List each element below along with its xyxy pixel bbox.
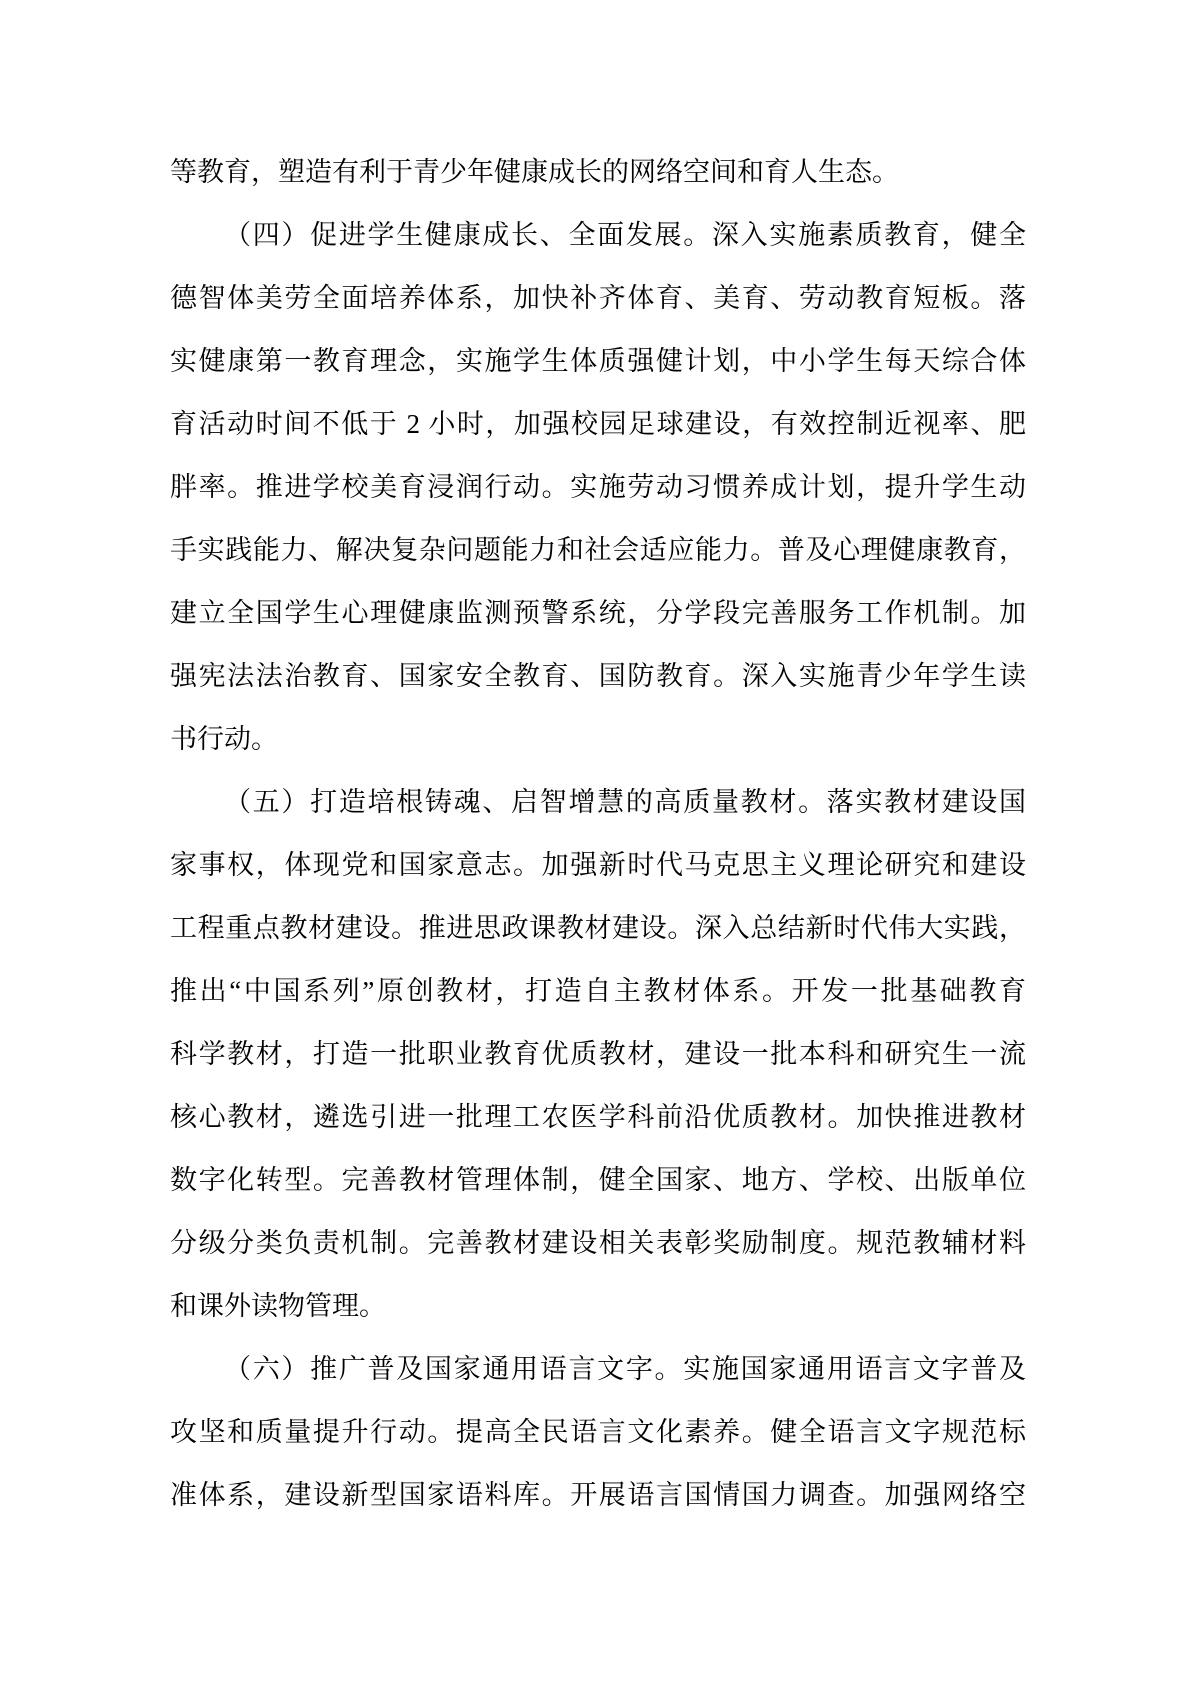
text-line: （四）促进学生健康成长、全面发展。深入实施素质教育，健全 <box>170 204 1026 267</box>
text-line: 准体系，建设新型国家语料库。开展语言国情国力调查。加强网络空 <box>170 1464 1026 1527</box>
text-line: 书行动。 <box>170 708 1026 771</box>
text-line: 胖率。推进学校美育浸润行动。实施劳动习惯养成计划，提升学生动 <box>170 456 1026 519</box>
document-page: 等教育，塑造有利于青少年健康成长的网络空间和育人生态。（四）促进学生健康成长、全… <box>0 0 1191 1684</box>
document-text-block: 等教育，塑造有利于青少年健康成长的网络空间和育人生态。（四）促进学生健康成长、全… <box>170 141 1026 1527</box>
text-line: 分级分类负责机制。完善教材建设相关表彰奖励制度。规范教辅材料 <box>170 1212 1026 1275</box>
text-line: 和课外读物管理。 <box>170 1275 1026 1338</box>
text-line: 核心教材，遴选引进一批理工农医学科前沿优质教材。加快推进教材 <box>170 1086 1026 1149</box>
text-line: 育活动时间不低于 2 小时，加强校园足球建设，有效控制近视率、肥 <box>170 393 1026 456</box>
text-line: 推出“中国系列”原创教材，打造自主教材体系。开发一批基础教育 <box>170 960 1026 1023</box>
text-line: 德智体美劳全面培养体系，加快补齐体育、美育、劳动教育短板。落 <box>170 267 1026 330</box>
text-line: 建立全国学生心理健康监测预警系统，分学段完善服务工作机制。加 <box>170 582 1026 645</box>
text-line: （六）推广普及国家通用语言文字。实施国家通用语言文字普及 <box>170 1338 1026 1401</box>
text-line: 强宪法法治教育、国家安全教育、国防教育。深入实施青少年学生读 <box>170 645 1026 708</box>
text-line: 工程重点教材建设。推进思政课教材建设。深入总结新时代伟大实践， <box>170 897 1026 960</box>
text-line: 手实践能力、解决复杂问题能力和社会适应能力。普及心理健康教育， <box>170 519 1026 582</box>
text-line: 实健康第一教育理念，实施学生体质强健计划，中小学生每天综合体 <box>170 330 1026 393</box>
text-line: 家事权，体现党和国家意志。加强新时代马克思主义理论研究和建设 <box>170 834 1026 897</box>
text-line: 等教育，塑造有利于青少年健康成长的网络空间和育人生态。 <box>170 141 1026 204</box>
text-line: 科学教材，打造一批职业教育优质教材，建设一批本科和研究生一流 <box>170 1023 1026 1086</box>
text-line: 数字化转型。完善教材管理体制，健全国家、地方、学校、出版单位 <box>170 1149 1026 1212</box>
text-line: （五）打造培根铸魂、启智增慧的高质量教材。落实教材建设国 <box>170 771 1026 834</box>
text-line: 攻坚和质量提升行动。提高全民语言文化素养。健全语言文字规范标 <box>170 1401 1026 1464</box>
